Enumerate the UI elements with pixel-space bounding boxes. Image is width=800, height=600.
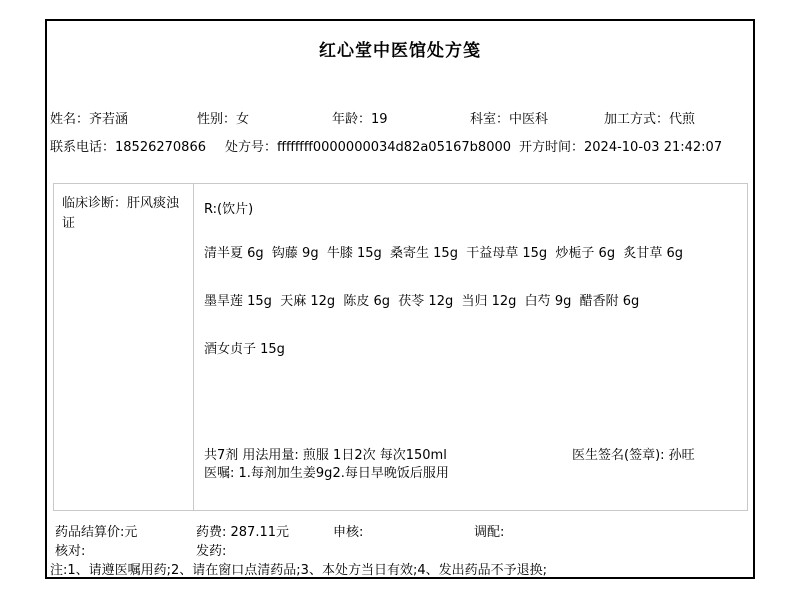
field-check-label: 核对: <box>55 544 85 559</box>
field-prescription-no-value: ffffffff0000000034d82a05167b8000 <box>277 140 511 155</box>
field-gender: 性别：女 <box>197 108 249 127</box>
field-name-label: 姓名： <box>50 112 89 127</box>
doctor-advice: 医嘱: 1.每剂加生姜9g2.每日早晚饭后服用 <box>204 462 449 481</box>
prescription-page: 红心堂中医馆处方笺 姓名：齐若涵 性别：女 年龄：19 科室：中医科 加工方式：… <box>0 0 800 600</box>
field-review-label: 申核: <box>333 525 363 540</box>
field-compound-label: 调配: <box>474 525 504 540</box>
rx-header: R:(饮片) <box>204 198 253 217</box>
footer-note: 注:1、请遵医嘱用药;2、请在窗口点清药品;3、本处方当日有效;4、发出药品不予… <box>50 559 547 578</box>
field-phone-label: 联系电话： <box>50 140 115 155</box>
field-phone-value: 18526270866 <box>115 140 206 155</box>
field-dispense-label: 发药: <box>196 544 226 559</box>
field-dispense: 发药: <box>196 540 226 559</box>
field-check: 核对: <box>55 540 85 559</box>
field-gender-label: 性别： <box>197 112 236 127</box>
field-prescription-no-label: 处方号： <box>225 140 277 155</box>
field-age: 年龄：19 <box>332 108 388 127</box>
herb-line: 清半夏 6g 钩藤 9g 牛膝 15g 桑寄生 15g 干益母草 15g 炒栀子… <box>204 246 739 262</box>
diagnosis-cell: 临床诊断：肝风痰浊证 <box>54 184 194 510</box>
field-settlement-price: 药品结算价:元 <box>55 521 137 540</box>
herb-line: 酒女贞子 15g <box>204 342 739 358</box>
field-age-value: 19 <box>371 112 388 127</box>
field-medicine-fee-value: 287.11元 <box>231 525 290 540</box>
field-processing-method: 加工方式：代煎 <box>604 108 695 127</box>
field-name: 姓名：齐若涵 <box>50 108 128 127</box>
diagnosis-label: 临床诊断： <box>62 196 127 211</box>
field-medicine-fee-label: 药费: <box>196 525 231 540</box>
field-issue-time-label: 开方时间： <box>519 140 584 155</box>
field-medicine-fee: 药费: 287.11元 <box>196 521 289 540</box>
field-issue-time: 开方时间：2024-10-03 21:42:07 <box>519 136 722 155</box>
field-department-value: 中医科 <box>509 112 548 127</box>
field-issue-time-value: 2024-10-03 21:42:07 <box>584 140 722 155</box>
page-title: 红心堂中医馆处方笺 <box>45 36 755 61</box>
field-age-label: 年龄： <box>332 112 371 127</box>
field-review: 申核: <box>333 521 363 540</box>
rx-cell: R:(饮片) 清半夏 6g 钩藤 9g 牛膝 15g 桑寄生 15g 干益母草 … <box>194 184 747 510</box>
field-settlement-price-label: 药品结算价: <box>55 525 124 540</box>
herb-line: 墨旱莲 15g 天麻 12g 陈皮 6g 茯苓 12g 当归 12g 白芍 9g… <box>204 294 739 310</box>
doctor-signature: 医生签名(签章): 孙旺 <box>572 444 695 463</box>
field-phone: 联系电话：18526270866 <box>50 136 206 155</box>
field-department: 科室：中医科 <box>470 108 548 127</box>
herb-lines: 清半夏 6g 钩藤 9g 牛膝 15g 桑寄生 15g 干益母草 15g 炒栀子… <box>204 246 739 390</box>
dosage-summary: 共7剂 用法用量: 煎服 1日2次 每次150ml <box>204 444 447 463</box>
field-department-label: 科室： <box>470 112 509 127</box>
prescription-box: 临床诊断：肝风痰浊证 R:(饮片) 清半夏 6g 钩藤 9g 牛膝 15g 桑寄… <box>53 183 748 511</box>
field-prescription-no: 处方号：ffffffff0000000034d82a05167b8000 <box>225 136 511 155</box>
field-name-value: 齐若涵 <box>89 112 128 127</box>
field-settlement-price-value: 元 <box>124 525 137 540</box>
field-processing-method-label: 加工方式： <box>604 112 669 127</box>
field-gender-value: 女 <box>236 112 249 127</box>
field-processing-method-value: 代煎 <box>669 112 695 127</box>
field-compound: 调配: <box>474 521 504 540</box>
